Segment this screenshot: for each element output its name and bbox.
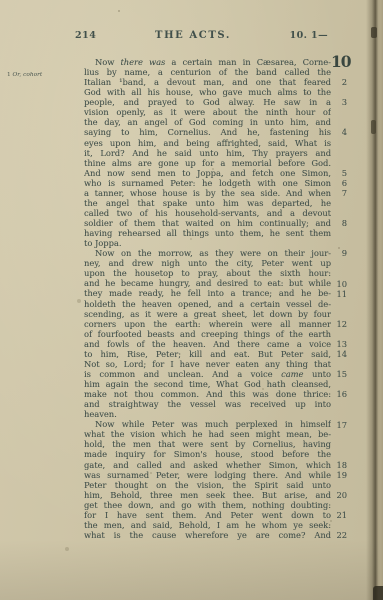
text-line: Now there was a certain man in Cæsarea, … (84, 57, 331, 67)
verse-number: 17 (330, 420, 347, 430)
margin-note-text: Or, cohort (13, 72, 43, 78)
book-edge-crease (366, 0, 383, 600)
text-line: and fowls of the heaven. And there came … (84, 339, 331, 349)
text-line: Italian ¹band, a devout man, and one tha… (84, 77, 331, 87)
text-line: having rehearsed all things unto them, h… (84, 228, 331, 238)
verse-column: 2345678910111213141516171819202122 (330, 57, 347, 541)
verse-number: 5 (330, 168, 347, 178)
edge-mark-middle (371, 120, 376, 134)
text-line: the day, an angel of God coming in unto … (84, 117, 331, 127)
text-line: and straightway the vessel was received … (84, 399, 331, 409)
text-line: Not so, Lord; for I have never eaten any… (84, 359, 331, 369)
text-line: saying to him, Cornelius. And he, fasten… (84, 127, 331, 137)
verse-number: 16 (330, 389, 347, 399)
verse-number: 14 (330, 349, 347, 359)
text-line: gate, and called and asked whether Simon… (84, 460, 331, 470)
text-line: people, and prayed to God alway. He saw … (84, 97, 331, 107)
text-line: the angel that spake unto him was depart… (84, 198, 331, 208)
text-line: God with all his house, who gave much al… (84, 87, 331, 97)
text-line: made inquiry for Simon's house, stood be… (84, 449, 331, 459)
text-line: get thee down, and go with them, nothing… (84, 500, 331, 510)
text-line: thine alms are gone up for a memorial be… (84, 158, 331, 168)
verse-number: 18 (330, 460, 347, 470)
margin-note: 1 Or, cohort (7, 72, 53, 79)
verse-number: 9 (330, 248, 347, 258)
text-line: the men, and said, Behold, I am he whom … (84, 520, 331, 530)
text-block: Now there was a certain man in Cæsarea, … (84, 57, 331, 540)
scanned-book-page: 214 THE ACTS. 10. 1— 1 Or, cohort 10 Now… (0, 0, 383, 600)
verse-number: 6 (330, 178, 347, 188)
margin-note-ref: 1 (7, 72, 11, 78)
text-line: corners upon the earth: wherein were all… (84, 319, 331, 329)
chapter-verse-reference: 10. 1— (290, 30, 328, 41)
text-line: to Joppa. (84, 238, 331, 248)
text-line: for I have sent them. And Peter went dow… (84, 510, 331, 520)
text-line: heaven. (84, 409, 331, 419)
text-line: of fourfooted beasts and creeping things… (84, 329, 331, 339)
text-line: Peter thought on the vision, the Spirit … (84, 480, 331, 490)
text-line: And now send men to Joppa, and fetch one… (84, 168, 331, 178)
verse-number: 10 (330, 279, 347, 289)
text-line: eyes upon him, and being affrighted, sai… (84, 138, 331, 148)
verse-number: 15 (330, 369, 347, 379)
text-line: him, Behold, three men seek thee. But ar… (84, 490, 331, 500)
text-line: hold, the men that were sent by Corneliu… (84, 439, 331, 449)
text-line: him again the second time, What God hath… (84, 379, 331, 389)
verse-number: 4 (330, 127, 347, 137)
text-line: upon the housetop to pray, about the six… (84, 268, 331, 278)
text-line: holdeth the heaven opened, and a certain… (84, 299, 331, 309)
edge-mark-top (371, 27, 377, 38)
verse-number: 8 (330, 218, 347, 228)
verse-number: 2 (330, 77, 347, 87)
verse-number: 11 (330, 289, 347, 299)
text-line: they made ready, he fell into a trance; … (84, 288, 331, 298)
text-line: is common and unclean. And a voice came … (84, 369, 331, 379)
edge-mark-bottom (373, 586, 383, 600)
text-line: lius by name, a centurion of the band ca… (84, 67, 331, 77)
text-line: make not thou common. And this was done … (84, 389, 331, 399)
text-line: vision openly, as it were about the nint… (84, 107, 331, 117)
text-line: and he became hungry, and desired to eat… (84, 278, 331, 288)
page-number: 214 (75, 30, 96, 41)
text-line: called two of his household-servants, an… (84, 208, 331, 218)
book-title: THE ACTS. (155, 30, 231, 41)
text-line: a tanner, whose house is by the sea side… (84, 188, 331, 198)
text-line: it, Lord? And he said unto him, Thy pray… (84, 148, 331, 158)
paper-speckles (118, 10, 120, 12)
text-line: what the vision which he had seen might … (84, 429, 331, 439)
verse-number: 22 (330, 530, 347, 540)
verse-number: 7 (330, 188, 347, 198)
text-line: soldier of them that waited on him conti… (84, 218, 331, 228)
text-line: Now while Peter was much perplexed in hi… (84, 419, 331, 429)
text-line: Now on the morrow, as they were on their… (84, 248, 331, 258)
text-line: scending, as it were a great sheet, let … (84, 309, 331, 319)
verse-number: 13 (330, 339, 347, 349)
running-header: 214 THE ACTS. 10. 1— (75, 30, 328, 42)
text-line: to him, Rise, Peter; kill and eat. But P… (84, 349, 331, 359)
verse-number: 20 (330, 490, 347, 500)
text-line: ney, and drew nigh unto the city, Peter … (84, 258, 331, 268)
verse-number: 19 (330, 470, 347, 480)
text-line: who is surnamed Peter: he lodgeth with o… (84, 178, 331, 188)
text-line: was surnamed Peter, were lodging there. … (84, 470, 331, 480)
verse-number: 21 (330, 510, 347, 520)
verse-number: 3 (330, 97, 347, 107)
verse-number: 12 (330, 319, 347, 329)
text-line: what is the cause wherefore ye are come?… (84, 530, 331, 540)
